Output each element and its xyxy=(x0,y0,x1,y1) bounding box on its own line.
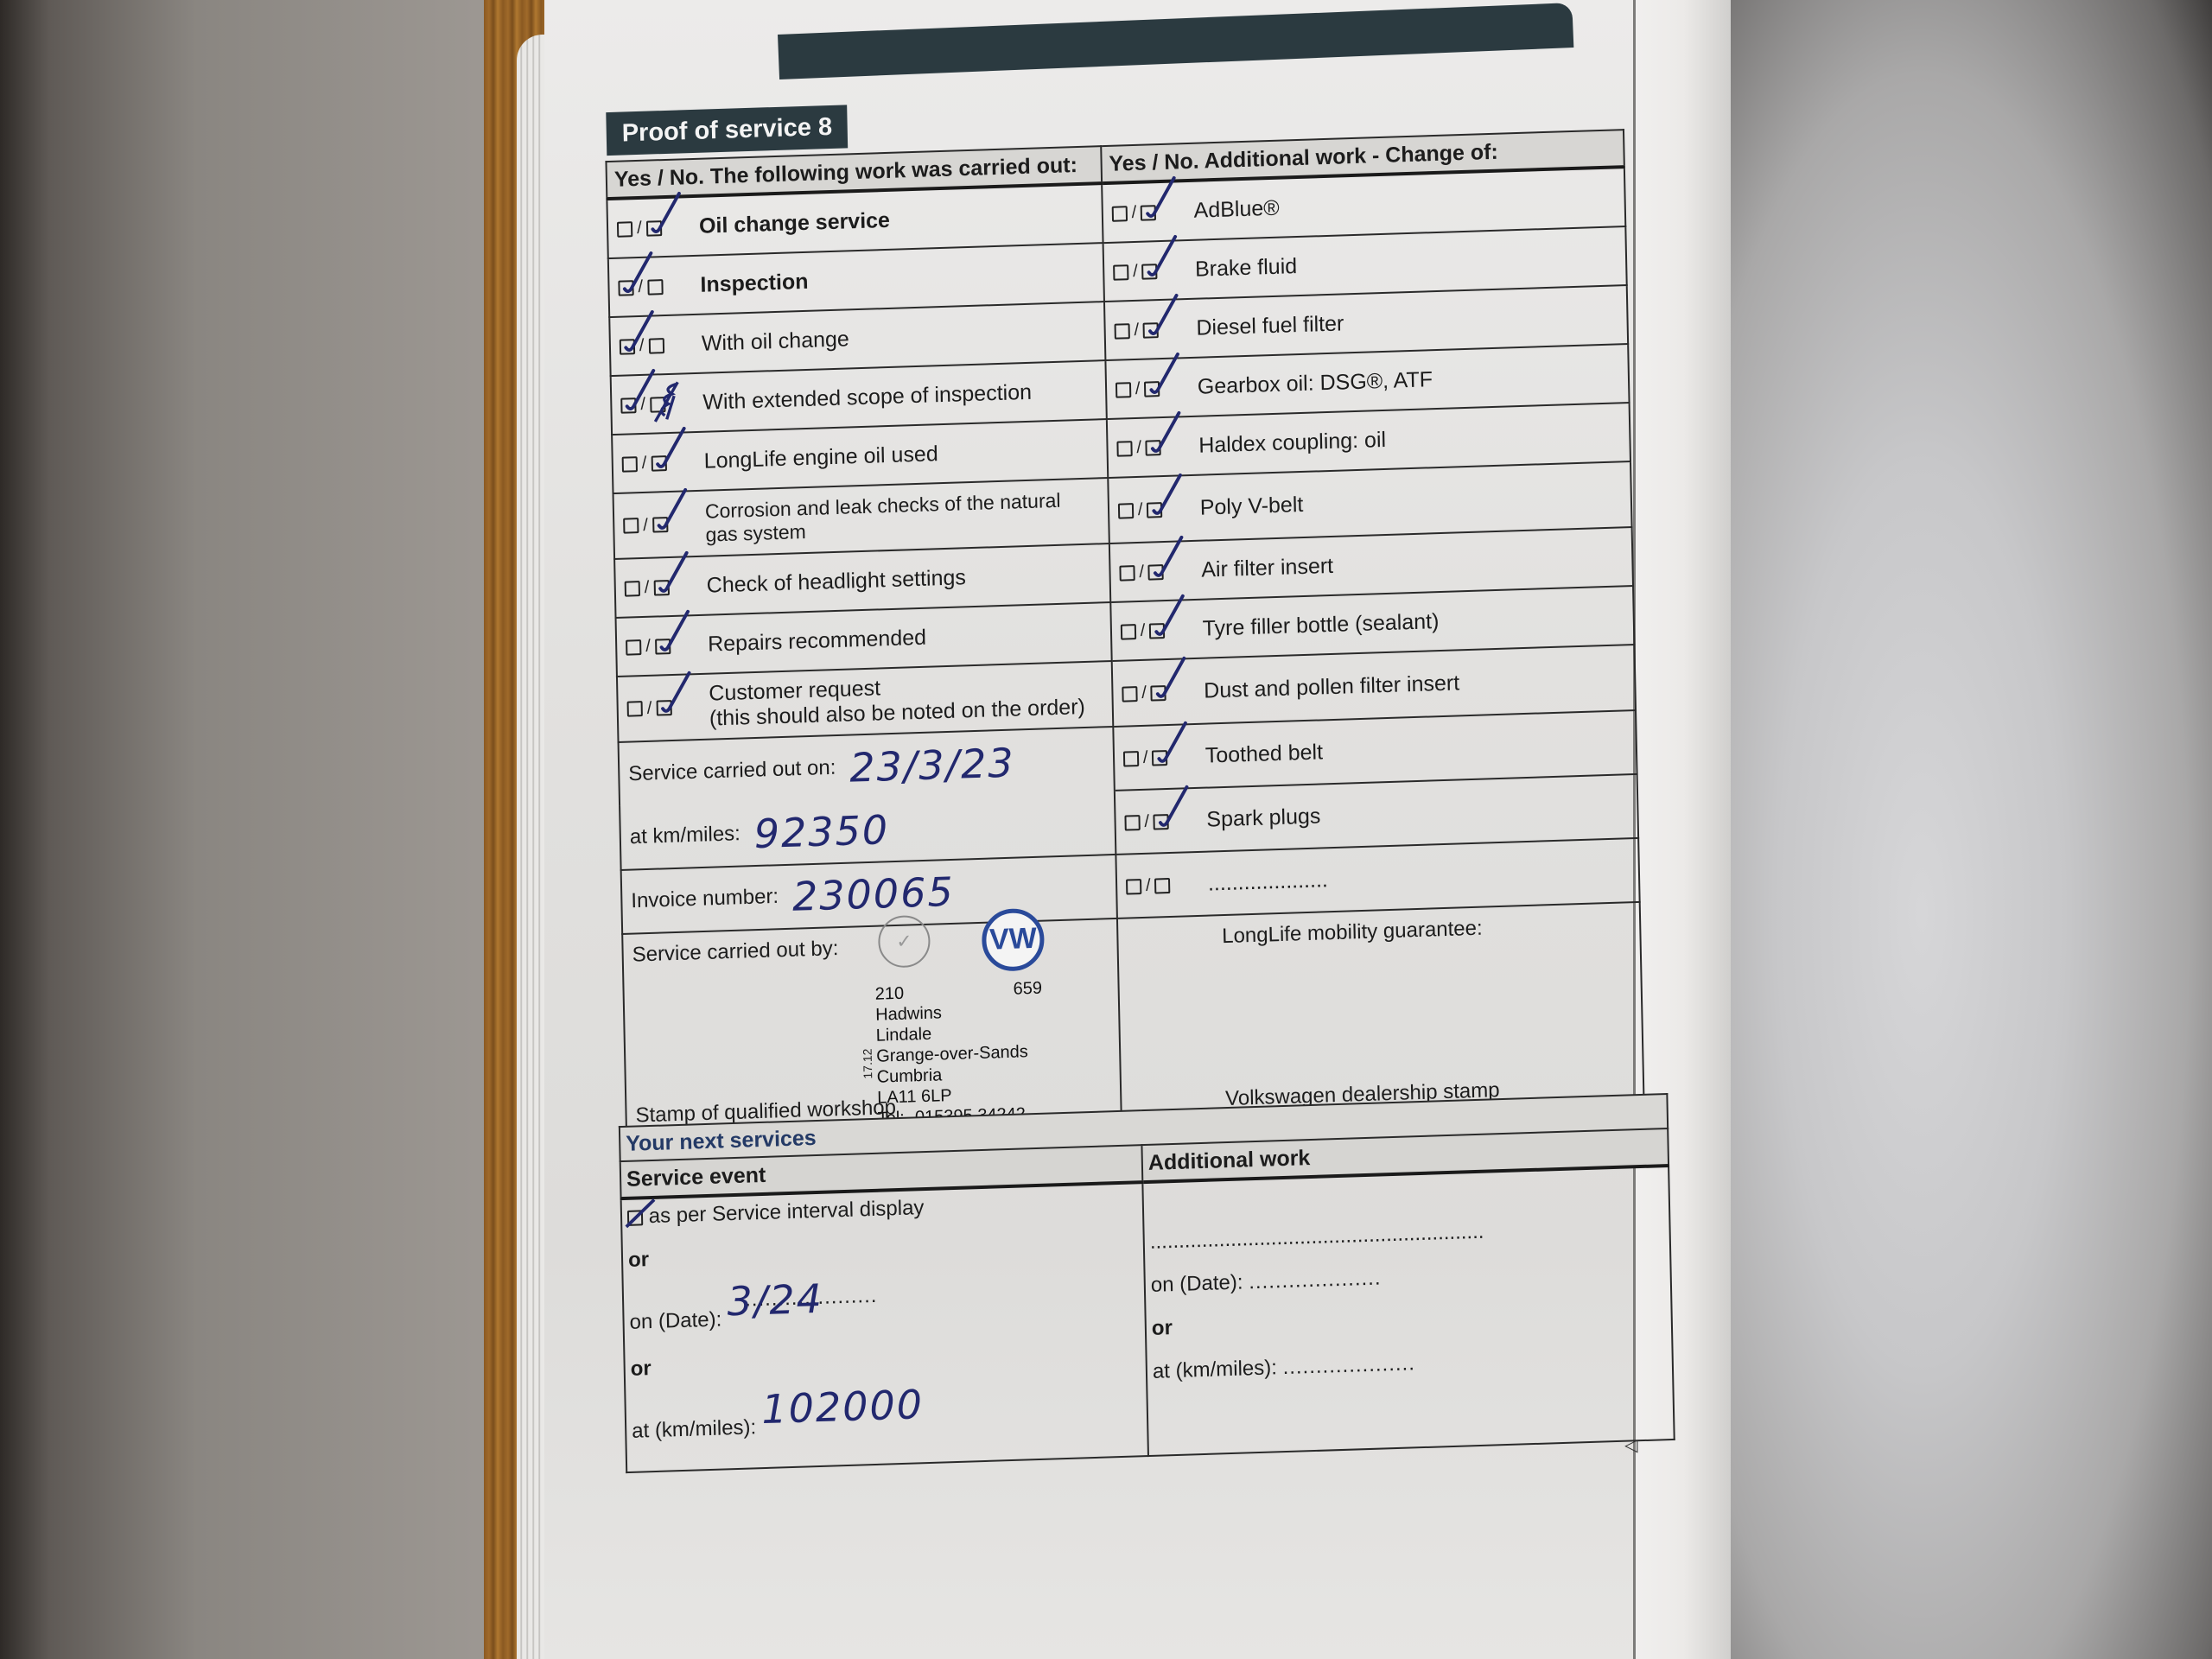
separator: / xyxy=(640,395,645,415)
interval-option[interactable]: as per Service interval display xyxy=(627,1189,1137,1230)
service-form: Proof of service 8 Yes / No. The followi… xyxy=(553,26,1672,1511)
next-km-value: 102000 xyxy=(761,1381,925,1433)
yes-no-checkboxes: / xyxy=(617,217,699,239)
work-item-label: Inspection xyxy=(700,270,809,298)
yes-checkbox[interactable] xyxy=(1111,206,1127,222)
no-checkbox[interactable] xyxy=(647,279,663,296)
yes-no-checkboxes: / xyxy=(1119,561,1201,583)
next-services-table: Your next services Service event Additio… xyxy=(619,1093,1675,1473)
separator: / xyxy=(637,219,642,238)
additional-km-field[interactable]: at (km/miles): .................... xyxy=(1153,1344,1667,1384)
no-checkbox[interactable] xyxy=(648,338,664,354)
work-item-label: LongLife engine oil used xyxy=(703,442,938,474)
yes-no-checkboxes: / xyxy=(620,393,702,416)
yes-checkbox[interactable] xyxy=(620,397,636,414)
work-item-label: With oil change xyxy=(702,327,849,356)
no-checkbox[interactable] xyxy=(1147,502,1162,518)
separator: / xyxy=(1141,683,1147,703)
additional-date-field[interactable]: on (Date): .................... xyxy=(1151,1257,1665,1298)
no-checkbox[interactable] xyxy=(652,517,668,533)
yes-checkbox[interactable] xyxy=(626,639,641,656)
checkmark-icon xyxy=(624,1197,658,1230)
no-checkbox[interactable] xyxy=(1154,878,1170,894)
separator: / xyxy=(1143,748,1148,768)
no-checkbox[interactable] xyxy=(1151,685,1166,702)
no-checkbox[interactable] xyxy=(651,455,666,472)
next-km-label: at (km/miles): xyxy=(632,1415,757,1443)
yes-no-checkboxes: / xyxy=(622,452,704,474)
invoice-value[interactable]: 230065 xyxy=(792,868,956,920)
yes-no-checkboxes: / xyxy=(625,576,707,599)
separator: / xyxy=(1135,379,1141,399)
separator: / xyxy=(1134,321,1139,340)
no-checkbox[interactable] xyxy=(650,397,665,413)
separator: / xyxy=(646,698,652,718)
workshop-stamp-cell: Service carried out by:✓VW210HadwinsLind… xyxy=(622,918,1121,1136)
yes-no-checkboxes: / xyxy=(623,513,705,536)
no-checkbox[interactable] xyxy=(653,580,669,596)
work-item-label: Repairs recommended xyxy=(708,626,926,658)
no-checkbox[interactable] xyxy=(1141,264,1157,280)
yes-checkbox[interactable] xyxy=(1116,382,1131,398)
yes-checkbox[interactable] xyxy=(1113,264,1128,281)
no-checkbox[interactable] xyxy=(645,220,661,237)
separator: / xyxy=(1131,203,1136,223)
yes-checkbox[interactable] xyxy=(622,456,638,473)
yes-checkbox[interactable] xyxy=(1119,565,1135,582)
mileage-value[interactable]: 92350 xyxy=(753,806,889,857)
stamp-address: 210HadwinsLindaleGrange-over-SandsCumbri… xyxy=(874,979,1029,1128)
carried-out-by-label: Service carried out by: xyxy=(632,937,838,967)
additional-date-dots: .................... xyxy=(1249,1267,1382,1294)
no-checkbox[interactable] xyxy=(1143,322,1159,339)
interval-checkbox[interactable] xyxy=(627,1210,643,1226)
yes-checkbox[interactable] xyxy=(1121,624,1136,640)
yes-no-checkboxes: / xyxy=(1116,436,1198,459)
yes-checkbox[interactable] xyxy=(627,701,643,717)
background-right xyxy=(1728,0,2212,1659)
separator: / xyxy=(642,454,647,474)
no-checkbox[interactable] xyxy=(1146,440,1161,456)
background-left xyxy=(0,0,493,1659)
yes-no-checkboxes: / xyxy=(618,276,700,298)
yes-checkbox[interactable] xyxy=(1118,503,1134,519)
interval-option-label: as per Service interval display xyxy=(648,1196,924,1228)
next-date-value: 3/24 xyxy=(727,1275,823,1325)
mileage-label: at km/miles: xyxy=(630,822,741,849)
work-item-label: Corrosion and leak checks of the natural… xyxy=(705,488,1086,547)
no-checkbox[interactable] xyxy=(1141,205,1156,221)
next-date-field[interactable]: on (Date): .................... 3/24 xyxy=(629,1275,1140,1338)
yes-checkbox[interactable] xyxy=(618,280,633,296)
form-title: Proof of service 8 xyxy=(606,105,848,156)
separator: / xyxy=(1133,262,1138,282)
separator: / xyxy=(1146,876,1151,896)
separator: / xyxy=(638,277,643,297)
no-checkbox[interactable] xyxy=(656,700,671,716)
work-item-label: Oil change service xyxy=(699,208,890,239)
no-checkbox[interactable] xyxy=(1149,623,1165,639)
yes-checkbox[interactable] xyxy=(623,518,639,534)
yes-no-checkboxes: / xyxy=(1116,378,1198,400)
no-checkbox[interactable] xyxy=(1148,564,1164,581)
separator: / xyxy=(1144,812,1149,832)
work-item-label: Check of headlight settings xyxy=(706,565,966,598)
service-date-value[interactable]: 23/3/23 xyxy=(849,739,1015,791)
page-corner-triangle-icon: ◁ xyxy=(1624,1434,1637,1455)
additional-item-label: AdBlue® xyxy=(1193,196,1280,224)
service-event-cell: as per Service interval display or on (D… xyxy=(621,1182,1148,1472)
next-date-label: on (Date): xyxy=(629,1308,721,1334)
no-checkbox[interactable] xyxy=(1152,750,1167,766)
or-label-3: or xyxy=(1152,1300,1666,1341)
work-item-label: Customer request(this should also be not… xyxy=(709,670,1085,732)
longlife-guarantee-label: LongLife mobility guarantee: xyxy=(1222,917,1483,949)
yes-no-checkboxes: / xyxy=(1114,319,1196,341)
faint-stamp-circle-icon: ✓ xyxy=(878,915,931,969)
yes-no-checkboxes: / xyxy=(626,634,708,657)
additional-item-label: .................... xyxy=(1208,868,1328,896)
yes-no-checkboxes: / xyxy=(1123,746,1205,768)
additional-item-label: Brake fluid xyxy=(1195,254,1298,283)
no-checkbox[interactable] xyxy=(655,639,671,655)
yes-checkbox[interactable] xyxy=(1116,441,1132,457)
vw-logo-icon: VW xyxy=(982,908,1045,972)
yes-checkbox[interactable] xyxy=(1114,323,1129,340)
or-label-2: or xyxy=(630,1341,1140,1382)
yes-no-checkboxes: / xyxy=(1126,874,1208,896)
no-checkbox[interactable] xyxy=(1144,381,1160,397)
yes-checkbox[interactable] xyxy=(620,339,635,355)
separator: / xyxy=(643,515,648,535)
additional-item-label: Spark plugs xyxy=(1206,804,1321,832)
no-checkbox[interactable] xyxy=(1154,814,1169,830)
yes-no-checkboxes: / xyxy=(1113,260,1195,283)
yes-checkbox[interactable] xyxy=(625,581,640,597)
additional-item-label: Haldex coupling: oil xyxy=(1198,428,1386,459)
yes-checkbox[interactable] xyxy=(1124,815,1140,831)
yes-no-checkboxes: / xyxy=(1124,810,1206,832)
separator: / xyxy=(1139,563,1144,582)
additional-date-label: on (Date): xyxy=(1151,1271,1243,1297)
additional-item-label: Air filter insert xyxy=(1201,554,1333,583)
yes-no-checkboxes: / xyxy=(1118,499,1200,521)
yes-no-checkboxes: / xyxy=(1121,620,1203,642)
additional-item-label: Poly V-belt xyxy=(1200,493,1304,521)
yes-checkbox[interactable] xyxy=(1126,879,1141,895)
yes-checkbox[interactable] xyxy=(1123,751,1139,767)
separator: / xyxy=(1138,500,1143,520)
additional-item-label: Tyre filler bottle (sealant) xyxy=(1202,609,1439,642)
stamp-vertical-code: 17.12 xyxy=(861,1048,875,1079)
yes-no-checkboxes: / xyxy=(626,696,709,719)
yes-checkbox[interactable] xyxy=(617,221,632,238)
next-km-field[interactable]: at (km/miles): 102000 xyxy=(631,1384,1141,1447)
additional-km-label: at (km/miles): xyxy=(1153,1356,1278,1383)
dealer-stamp-cell: LongLife mobility guarantee:Volkswagen d… xyxy=(1117,902,1644,1121)
service-date-label: Service carried out on: xyxy=(628,755,836,785)
additional-work-dots[interactable]: ........................................… xyxy=(1150,1214,1664,1255)
separator: / xyxy=(639,336,645,356)
additional-item-label: Toothed belt xyxy=(1205,740,1324,768)
separator: / xyxy=(645,578,650,598)
additional-work-cell: ........................................… xyxy=(1142,1166,1674,1456)
stamp-code-right: 659 xyxy=(1013,979,1042,1000)
additional-item-label: Dust and pollen filter insert xyxy=(1204,671,1459,703)
additional-item-label: Gearbox oil: DSG®, ATF xyxy=(1198,367,1433,400)
separator: / xyxy=(1141,621,1146,641)
yes-no-checkboxes: / xyxy=(1122,681,1204,703)
work-item-label: With extended scope of inspection xyxy=(702,380,1032,416)
yes-no-checkboxes: / xyxy=(620,334,702,357)
yes-no-checkboxes: / xyxy=(1111,201,1193,224)
additional-km-dots: .................... xyxy=(1282,1351,1415,1379)
yes-checkbox[interactable] xyxy=(1122,686,1137,702)
or-label: or xyxy=(628,1232,1138,1273)
service-table: Yes / No. The following work was carried… xyxy=(605,129,1644,1137)
separator: / xyxy=(1136,438,1141,458)
separator: / xyxy=(645,637,651,657)
invoice-label: Invoice number: xyxy=(631,885,779,912)
additional-item-label: Diesel fuel filter xyxy=(1196,311,1344,340)
